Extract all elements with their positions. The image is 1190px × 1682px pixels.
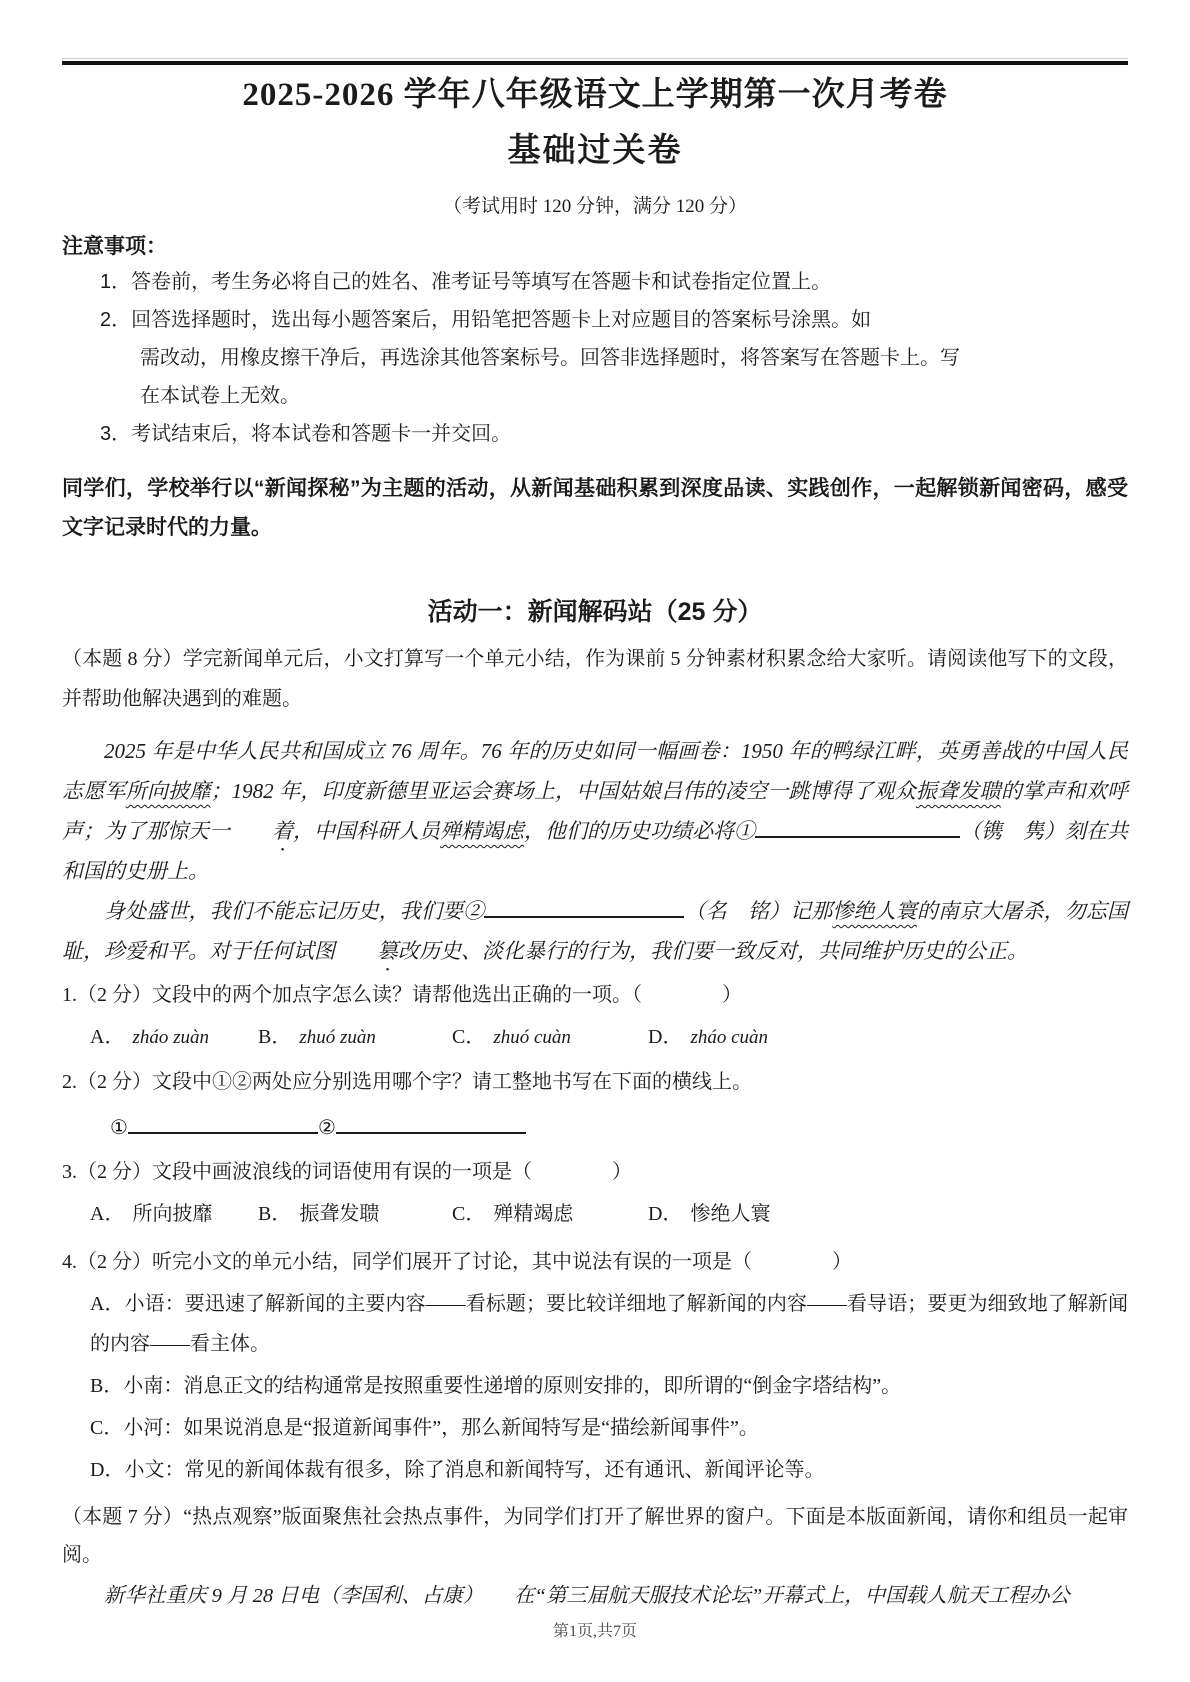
question-4-option-a: A．小语：要迅速了解新闻的主要内容——看标题；要比较详细地了解新闻的内容——看导…	[62, 1284, 1128, 1364]
blank-2-label: ②	[318, 1117, 336, 1139]
question-4-option-c: C．小河：如果说消息是“报道新闻事件”，那么新闻特写是“描绘新闻事件”。	[62, 1408, 1128, 1448]
exam-paper-page: 2025-2026 学年八年级语文上学期第一次月考卷 基础过关卷 （考试用时 1…	[0, 0, 1190, 1682]
task2-lead: （本题 7 分）“热点观察”版面聚焦社会热点事件，为同学们打开了解世界的窗户。下…	[62, 1498, 1128, 1574]
option-a: A．所向披靡	[90, 1194, 258, 1234]
answer-blank-2	[484, 896, 684, 918]
activity-intro: 同学们，学校举行以“新闻探秘”为主题的活动，从新闻基础积累到深度品读、实践创作，…	[62, 469, 1128, 547]
dotted-char-2: 篡	[335, 931, 398, 971]
notice-item-2-cont-2: 在本试卷上无效。	[62, 377, 1128, 415]
notice-item-2: 2．回答选择题时，选出每小题答案后，用铅笔把答题卡上对应题目的答案标号涂黑。如	[62, 301, 1128, 339]
question-4-stem: 4.（2 分）听完小文的单元小结，同学们展开了讨论，其中说法有误的一项是（ ）	[62, 1242, 1128, 1282]
question-3-options: A．所向披靡 B．振聋发聩 C．殚精竭虑 D．惨绝人寰	[62, 1194, 1128, 1234]
passage2-seg1: 身处盛世，我们不能忘记历史，我们要②	[104, 899, 484, 923]
notice-heading: 注意事项：	[62, 231, 1128, 263]
exam-subtitle: 基础过关卷	[62, 129, 1128, 173]
header-rule	[62, 58, 1128, 65]
option-b: B．zhuó zuàn	[258, 1017, 452, 1058]
option-b-text: zhuó zuàn	[299, 1027, 376, 1048]
wavy-phrase-2: 振聋发聩	[916, 779, 1001, 803]
question-4-option-d: D．小文：常见的新闻体裁有很多，除了消息和新闻特写，还有通讯、新闻评论等。	[62, 1450, 1128, 1490]
option-a-text: 所向披靡	[132, 1203, 212, 1225]
option-b-text: 振聋发聩	[299, 1203, 379, 1225]
exam-title: 2025-2026 学年八年级语文上学期第一次月考卷	[62, 73, 1128, 117]
option-a-label: A．	[90, 1203, 124, 1225]
passage-paragraph-1: 2025 年是中华人民共和国成立 76 周年。76 年的历史如同一幅画卷：195…	[62, 731, 1128, 891]
question-4: 4.（2 分）听完小文的单元小结，同学们展开了讨论，其中说法有误的一项是（ ） …	[62, 1242, 1128, 1490]
notice-item-1: 1．答卷前，考生务必将自己的姓名、准考证号等填写在答题卡和试卷指定位置上。	[62, 263, 1128, 301]
question-3: 3.（2 分）文段中画波浪线的词语使用有误的一项是（ ） A．所向披靡 B．振聋…	[62, 1152, 1128, 1234]
option-c: C．殚精竭虑	[452, 1194, 648, 1234]
question-1: 1.（2 分）文段中的两个加点字怎么读？请帮他选出正确的一项。（ ） A．zhá…	[62, 975, 1128, 1058]
passage1-seg2: ；1982 年，印度新德里亚运会赛场上，中国姑娘吕伟的凌空一跳博得了观众	[211, 779, 916, 803]
option-c-text: 殚精竭虑	[493, 1203, 573, 1225]
notice-section: 注意事项： 1．答卷前，考生务必将自己的姓名、准考证号等填写在答题卡和试卷指定位…	[62, 231, 1128, 453]
wavy-phrase-3: 殚精竭虑	[440, 819, 524, 843]
option-a-text: zháo zuàn	[132, 1027, 209, 1048]
option-b-label: B．	[258, 1026, 291, 1048]
option-c: C．zhuó cuàn	[452, 1017, 648, 1058]
question-2-answer-line: ①②	[62, 1108, 1128, 1148]
activity1-heading: 活动一：新闻解码站（25 分）	[62, 593, 1128, 631]
question-2-blank-2	[336, 1113, 526, 1134]
wavy-phrase-4: 惨绝人寰	[832, 899, 917, 923]
question-2-stem: 2.（2 分）文段中①②两处应分别选用哪个字？请工整地书写在下面的横线上。	[62, 1062, 1128, 1102]
exam-info: （考试用时 120 分钟，满分 120 分）	[62, 193, 1128, 221]
option-b: B．振聋发聩	[258, 1194, 452, 1234]
option-d-text: 惨绝人寰	[690, 1203, 770, 1225]
dotted-char-1: 着	[230, 811, 293, 851]
passage1-seg5: ，他们的历史功绩必将①	[524, 819, 755, 843]
question-2-blank-1	[128, 1113, 318, 1134]
passage-paragraph-2: 身处盛世，我们不能忘记历史，我们要②（名 铭）记那惨绝人寰的南京大屠杀，勿忘国耻…	[62, 891, 1128, 971]
option-d-text: zháo cuàn	[690, 1027, 768, 1048]
blank-1-label: ①	[110, 1117, 128, 1139]
question-4-option-b: B．小南：消息正文的结构通常是按照重要性递增的原则安排的，即所谓的“倒金字塔结构…	[62, 1366, 1128, 1406]
task1-lead: （本题 8 分）学完新闻单元后，小文打算写一个单元小结，作为课前 5 分钟素材积…	[62, 639, 1128, 719]
passage1-seg4: ，中国科研人员	[293, 819, 440, 843]
option-a: A．zháo zuàn	[90, 1017, 258, 1058]
option-c-label: C．	[452, 1026, 485, 1048]
passage2-seg4: 改历史、淡化暴行的行为，我们要一致反对，共同维护历史的公正。	[398, 939, 1028, 963]
news-dateline-paragraph: 新华社重庆 9 月 28 日电（李国利、占康） 在“第三届航天服技术论坛”开幕式…	[62, 1576, 1128, 1616]
page-footer: 第1页,共7页	[0, 1620, 1190, 1644]
notice-item-3: 3．考试结束后，将本试卷和答题卡一并交回。	[62, 415, 1128, 453]
answer-blank-1	[755, 816, 960, 838]
option-b-label: B．	[258, 1203, 291, 1225]
question-3-stem: 3.（2 分）文段中画波浪线的词语使用有误的一项是（ ）	[62, 1152, 1128, 1192]
option-a-label: A．	[90, 1026, 124, 1048]
question-1-options: A．zháo zuàn B．zhuó zuàn C．zhuó cuàn D．zh…	[62, 1017, 1128, 1058]
option-c-text: zhuó cuàn	[493, 1027, 571, 1048]
option-c-label: C．	[452, 1203, 485, 1225]
wavy-phrase-1: 所向披靡	[126, 779, 211, 803]
option-d-label: D．	[648, 1026, 682, 1048]
question-2: 2.（2 分）文段中①②两处应分别选用哪个字？请工整地书写在下面的横线上。 ①②	[62, 1062, 1128, 1148]
question-1-stem: 1.（2 分）文段中的两个加点字怎么读？请帮他选出正确的一项。（ ）	[62, 975, 1128, 1015]
passage2-seg2: （名 铭）记那	[684, 899, 832, 923]
notice-item-2-cont-1: 需改动，用橡皮擦干净后，再选涂其他答案标号。回答非选择题时，将答案写在答题卡上。…	[62, 339, 1128, 377]
option-d: D．惨绝人寰	[648, 1194, 770, 1234]
option-d-label: D．	[648, 1203, 682, 1225]
option-d: D．zháo cuàn	[648, 1017, 768, 1058]
